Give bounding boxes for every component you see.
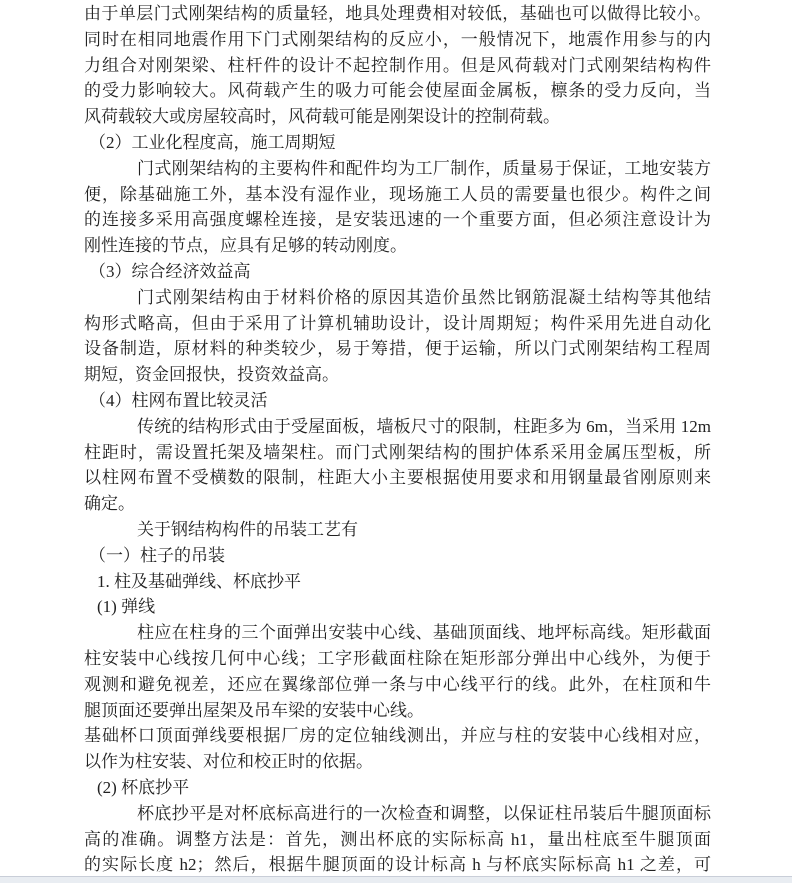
paragraph-block: 传统的结构形式由于受屋面板，墙板尺寸的限制，柱距多为 6m，当采用 12m柱距时… bbox=[84, 414, 711, 517]
heading-line: 1. 柱及基础弹线、杯底抄平 bbox=[84, 569, 711, 595]
text-line: 门式刚架结构由于材料价格的原因其造价虽然比钢筋混凝土结构等其他结 bbox=[84, 285, 711, 311]
text-line: 风荷载较大或房屋较高时，风荷载可能是刚架设计的控制荷载。 bbox=[84, 104, 711, 130]
text-line: 确定。 bbox=[84, 491, 711, 517]
text-line: 构形式略高，但由于采用了计算机辅助设计，设计周期短；构件采用先进自动化 bbox=[84, 311, 711, 337]
paragraph-block: 杯底抄平是对杯底标高进行的一次检查和调整，以保证柱吊装后牛腿顶面标高的准确。调整… bbox=[84, 801, 711, 878]
text-line: 的实际长度 h2；然后，根据牛腿顶面的设计标高 h 与杯底实际标高 h1 之差，… bbox=[84, 852, 711, 878]
text-line: 以柱网布置不受横数的限制，柱距大小主要根据使用要求和用钢量最省刚原则来 bbox=[84, 465, 711, 491]
paragraph-block: 基础杯口顶面弹线要根据厂房的定位轴线测出，并应与柱的安装中心线相对应，以作为柱安… bbox=[84, 723, 711, 775]
heading-line: (2) 杯底抄平 bbox=[84, 775, 711, 801]
text-line: 柱安装中心线按几何中心线；工字形截面柱除在矩形部分弹出中心线外，为便于 bbox=[84, 646, 711, 672]
paragraph-block: 门式刚架结构由于材料价格的原因其造价虽然比钢筋混凝土结构等其他结构形式略高，但由… bbox=[84, 285, 711, 388]
heading-line: (1) 弹线 bbox=[84, 594, 711, 620]
text-line: 门式刚架结构的主要构件和配件均为工厂制作，质量易于保证，工地安装方 bbox=[84, 156, 711, 182]
heading-line: （4）柱网布置比较灵活 bbox=[84, 388, 711, 414]
text-line: 设备制造，原材料的种类较少，易于筹措，便于运输，所以门式刚架结构工程周 bbox=[84, 336, 711, 362]
section-heading-block: （3）综合经济效益高 bbox=[84, 259, 711, 285]
paragraph-block: 关于钢结构构件的吊装工艺有 bbox=[84, 517, 711, 543]
text-line: 力组合对刚架梁、柱杆件的设计不起控制作用。但是风荷载对门式刚架结构构件 bbox=[84, 53, 711, 79]
text-line: 的连接多采用高强度螺栓连接，是安装迅速的一个重要方面，但必须注意设计为 bbox=[84, 207, 711, 233]
section-heading-block: （一）柱子的吊装 bbox=[84, 543, 711, 569]
section-heading-block: （4）柱网布置比较灵活 bbox=[84, 388, 711, 414]
section-heading-block: (1) 弹线 bbox=[84, 594, 711, 620]
section-heading-block: 1. 柱及基础弹线、杯底抄平 bbox=[84, 569, 711, 595]
heading-line: （3）综合经济效益高 bbox=[84, 259, 711, 285]
text-line: 基础杯口顶面弹线要根据厂房的定位轴线测出，并应与柱的安装中心线相对应， bbox=[84, 723, 711, 749]
text-line: 同时在相同地震作用下门式刚架结构的反应小，一般情况下，地震作用参与的内 bbox=[84, 27, 711, 53]
text-line: 观测和避免视差，还应在翼缘部位弹一条与中心线平行的线。此外，在柱顶和牛 bbox=[84, 672, 711, 698]
document-page: 由于单层门式刚架结构的质量轻，地具处理费相对较低，基础也可以做得比较小。同时在相… bbox=[0, 0, 792, 883]
text-line: 期短，资金回报快，投资效益高。 bbox=[84, 362, 711, 388]
text-line: 刚性连接的节点，应具有足够的转动刚度。 bbox=[84, 233, 711, 259]
section-heading-block: （2）工业化程度高，施工周期短 bbox=[84, 130, 711, 156]
text-line: 的受力影响较大。风荷载产生的吸力可能会使屋面金属板，檩条的受力反向，当 bbox=[84, 78, 711, 104]
heading-line: （一）柱子的吊装 bbox=[84, 543, 711, 569]
text-line: 由于单层门式刚架结构的质量轻，地具处理费相对较低，基础也可以做得比较小。 bbox=[84, 1, 711, 27]
document-body: 由于单层门式刚架结构的质量轻，地具处理费相对较低，基础也可以做得比较小。同时在相… bbox=[84, 1, 711, 878]
text-line: 杯底抄平是对杯底标高进行的一次检查和调整，以保证柱吊装后牛腿顶面标 bbox=[84, 801, 711, 827]
text-line: 传统的结构形式由于受屋面板，墙板尺寸的限制，柱距多为 6m，当采用 12m bbox=[84, 414, 711, 440]
text-line: 柱距时，需设置托架及墙架柱。而门式刚架结构的围护体系采用金属压型板，所 bbox=[84, 440, 711, 466]
bottom-edge-bar bbox=[0, 876, 792, 883]
text-line: 便，除基础施工外，基本没有湿作业，现场施工人员的需要量也很少。构件之间 bbox=[84, 182, 711, 208]
text-line: 关于钢结构构件的吊装工艺有 bbox=[84, 517, 711, 543]
text-line: 柱应在柱身的三个面弹出安装中心线、基础顶面线、地坪标高线。矩形截面 bbox=[84, 620, 711, 646]
text-line: 腿顶面还要弹出屋架及吊车梁的安装中心线。 bbox=[84, 698, 711, 724]
section-heading-block: (2) 杯底抄平 bbox=[84, 775, 711, 801]
paragraph-block: 柱应在柱身的三个面弹出安装中心线、基础顶面线、地坪标高线。矩形截面柱安装中心线按… bbox=[84, 620, 711, 723]
paragraph-block: 由于单层门式刚架结构的质量轻，地具处理费相对较低，基础也可以做得比较小。同时在相… bbox=[84, 1, 711, 130]
heading-line: （2）工业化程度高，施工周期短 bbox=[84, 130, 711, 156]
paragraph-block: 门式刚架结构的主要构件和配件均为工厂制作，质量易于保证，工地安装方便，除基础施工… bbox=[84, 156, 711, 259]
text-line: 高的准确。调整方法是：首先，测出杯底的实际标高 h1，量出柱底至牛腿顶面 bbox=[84, 827, 711, 853]
text-line: 以作为柱安装、对位和校正时的依据。 bbox=[84, 749, 711, 775]
